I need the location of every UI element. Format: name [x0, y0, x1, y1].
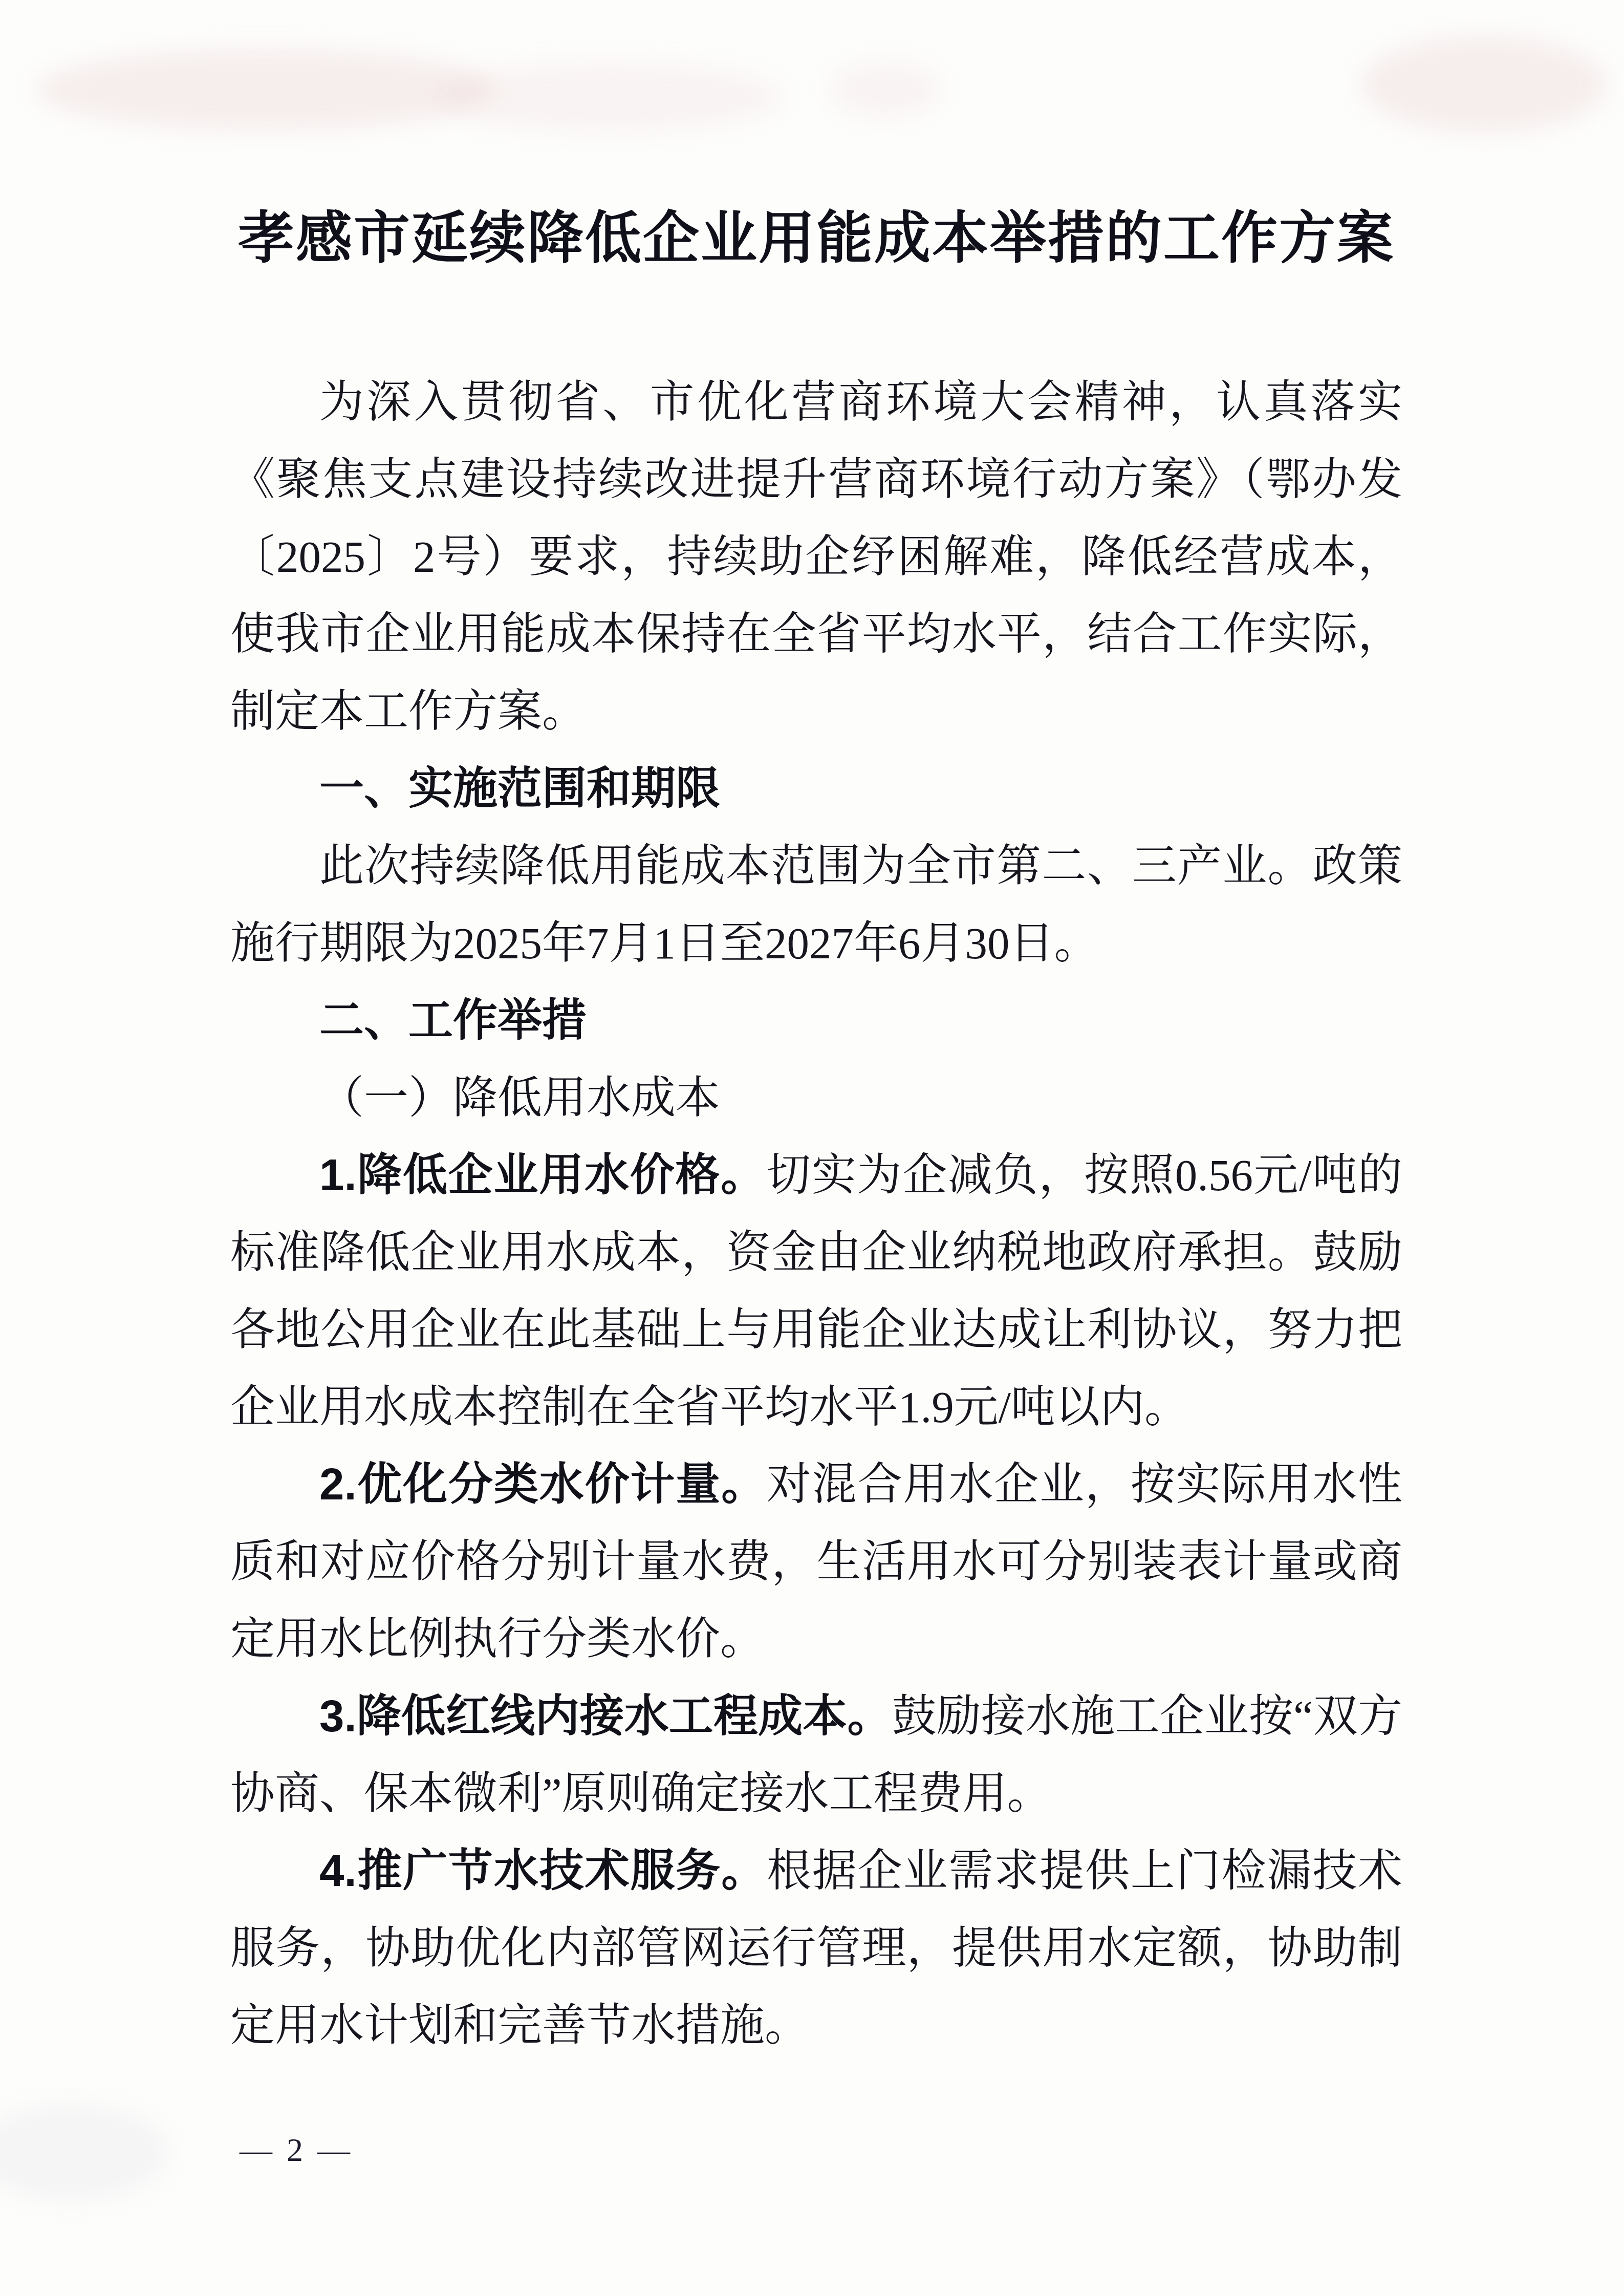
scan-smudge-footer-left [0, 2104, 169, 2201]
scan-smudge-top-right [1361, 36, 1607, 133]
measure-item-1-lead: 1.降低企业用水价格。 [319, 1150, 766, 1200]
measure-item-4: 4.推广节水技术服务。根据企业需求提供上门检漏技术服务，协助优化内部管网运行管理… [230, 1832, 1402, 2064]
scan-smudge-top-left [36, 49, 496, 131]
measure-item-2-lead: 2.优化分类水价计量。 [319, 1460, 767, 1509]
section-1-heading: 一、实施范围和期限 [230, 750, 1402, 827]
measure-item-3: 3.降低红线内接水工程成本。鼓励接水施工企业按“双方协商、保本微利”原则确定接水… [230, 1678, 1402, 1832]
scan-smudge-top-center [829, 61, 942, 118]
measure-item-1: 1.降低企业用水价格。切实为企减负，按照0.56元/吨的标准降低企业用水成本，资… [230, 1136, 1402, 1446]
page-number: — 2 — [240, 2125, 353, 2176]
section-1-paragraph: 此次持续降低用能成本范围为全市第二、三产业。政策施行期限为2025年7月1日至2… [230, 827, 1402, 982]
section-2-heading: 二、工作举措 [230, 982, 1402, 1059]
document-body: 孝感市延续降低企业用能成本举措的工作方案 为深入贯彻省、市优化营商环境大会精神，… [230, 191, 1402, 2064]
measure-item-3-lead: 3.降低红线内接水工程成本。 [319, 1691, 892, 1741]
measure-item-4-lead: 4.推广节水技术服务。 [319, 1846, 767, 1896]
document-title: 孝感市延续降低企业用能成本举措的工作方案 [230, 191, 1402, 287]
section-2-subheading: （一）降低用水成本 [230, 1059, 1402, 1136]
measure-item-2: 2.优化分类水价计量。对混合用水企业，按实际用水性质和对应价格分别计量水费，生活… [230, 1446, 1402, 1678]
scanned-document-page: { "document": { "title": "孝感市延续降低企业用能成本举… [0, 0, 1624, 2296]
scan-smudge-top-center-left [435, 61, 783, 133]
intro-paragraph: 为深入贯彻省、市优化营商环境大会精神，认真落实《聚焦支点建设持续改进提升营商环境… [230, 363, 1402, 750]
